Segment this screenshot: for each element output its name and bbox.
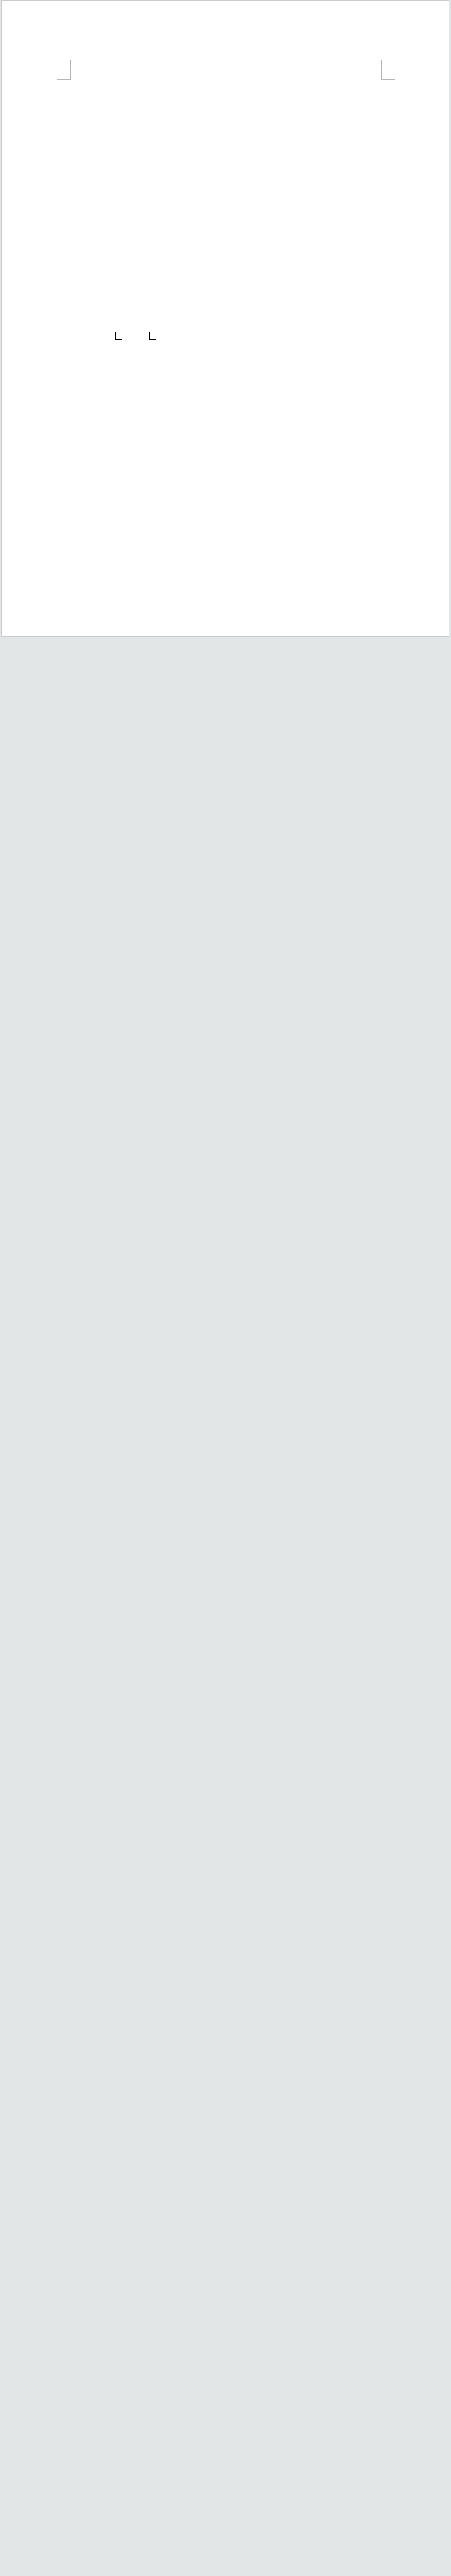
signature-date bbox=[308, 568, 332, 578]
crop-mark bbox=[57, 60, 71, 80]
crop-mark bbox=[381, 60, 395, 80]
page-1 bbox=[1, 0, 449, 637]
cert-type-row bbox=[100, 331, 160, 342]
renewal-checkbox[interactable] bbox=[149, 332, 156, 340]
initial-cert-checkbox[interactable] bbox=[115, 332, 122, 340]
apply-date-row bbox=[100, 365, 169, 375]
